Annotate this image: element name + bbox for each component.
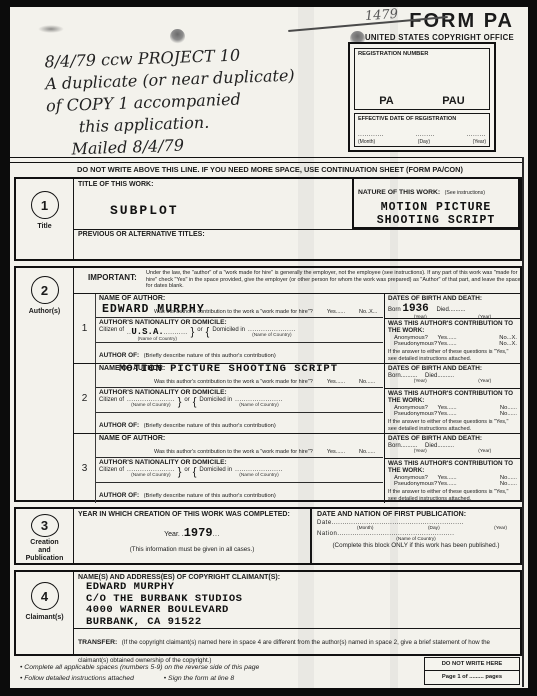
domiciled-in-label: Domiciled in xyxy=(199,397,232,403)
date-dots: ......... xyxy=(466,132,486,138)
section-2-side-label: Author(s) xyxy=(29,308,61,316)
or-label: or xyxy=(184,467,189,473)
registration-box: REGISTRATION NUMBER PA PAU EFFECTIVE DAT… xyxy=(348,42,496,152)
pseud-no: No...... xyxy=(500,481,517,487)
do-not-write-box: DO NOT WRITE HERE Page 1 of ......... pa… xyxy=(424,657,520,685)
hire-no: No..X... xyxy=(359,309,377,316)
nationality-label: AUTHOR'S NATIONALITY OR DOMICILE: xyxy=(99,319,380,326)
office-name: UNITED STATES COPYRIGHT OFFICE xyxy=(365,33,514,42)
contribution-label: WAS THIS AUTHOR'S CONTRIBUTION TO THE WO… xyxy=(388,390,517,404)
important-label: IMPORTANT: xyxy=(88,273,137,282)
nature-hint: (See instructions) xyxy=(445,190,485,196)
domiciled-in-label: Domiciled in xyxy=(199,467,232,473)
author-of-label: AUTHOR OF: xyxy=(99,352,139,359)
contribution-note: If the answer to either of these questio… xyxy=(388,419,517,432)
author-3-dates-box: DATES OF BIRTH AND DEATH: Born..........… xyxy=(385,434,520,459)
domiciled-in-label: Domiciled in xyxy=(212,327,245,333)
section-4-side-label: Claimant(s) xyxy=(25,614,63,622)
author-3-contribution-box: WAS THIS AUTHOR'S CONTRIBUTION TO THE WO… xyxy=(385,459,520,504)
day-hint: (Day) xyxy=(418,139,430,145)
pseudonymous-label: Pseudonymous? xyxy=(394,411,438,417)
year-hint: (Year) xyxy=(478,379,491,384)
author-of-hint: (Briefly describe nature of this author'… xyxy=(144,493,276,499)
author-2-contribution-box: WAS THIS AUTHOR'S CONTRIBUTION TO THE WO… xyxy=(385,389,520,434)
dates-label: DATES OF BIRTH AND DEATH: xyxy=(388,435,517,442)
year-note: (This information must be given in all c… xyxy=(78,546,306,554)
pau-label: PAU xyxy=(442,95,464,107)
nature-value-line2: SHOOTING SCRIPT xyxy=(358,214,514,227)
hire-yes: Yes...... xyxy=(327,449,345,456)
contribution-note: If the answer to either of these questio… xyxy=(388,489,517,502)
country-hint: (Name of Country) xyxy=(252,333,291,338)
year-hint: (Year) xyxy=(473,139,486,145)
section-1-title: 1 Title TITLE OF THIS WORK: SUBPLOT NATU… xyxy=(14,177,522,261)
brace: } xyxy=(178,466,182,478)
hire-no: No...... xyxy=(359,449,375,456)
brace: { xyxy=(206,326,210,338)
name-of-author-label: NAME OF AUTHOR: xyxy=(99,365,380,372)
section-3-sidebar: 3 Creation and Publication xyxy=(16,509,74,563)
author-1-citizen: U.S.A. xyxy=(131,327,163,337)
dates-label: DATES OF BIRTH AND DEATH: xyxy=(388,295,517,302)
nature-value-line1: MOTION PICTURE xyxy=(358,201,514,214)
born-label: Born xyxy=(388,307,401,313)
author-block-3: 3 NAME OF AUTHOR: Was this author's cont… xyxy=(74,433,520,503)
nationality-label: AUTHOR'S NATIONALITY OR DOMICILE: xyxy=(99,459,380,466)
pseudonymous-label: Pseudonymous? xyxy=(394,341,438,347)
bullet-icon: • xyxy=(164,675,166,682)
author-3-author-of-row: AUTHOR OF: (Briefly describe nature of t… xyxy=(96,483,383,504)
name-of-author-label: NAME OF AUTHOR: xyxy=(99,435,380,442)
claimant-line: BURBANK, CA 91522 xyxy=(86,617,516,629)
effective-date-box: EFFECTIVE DATE OF REGISTRATION .........… xyxy=(354,113,490,147)
scanned-form-pa: FORM PA UNITED STATES COPYRIGHT OFFICE 1… xyxy=(0,0,537,696)
month-hint: (Month) xyxy=(358,139,375,145)
previous-titles-row: PREVIOUS OR ALTERNATIVE TITLES: xyxy=(74,229,520,259)
publication-label: DATE AND NATION OF FIRST PUBLICATION: xyxy=(317,511,515,518)
country-hint: (Name of Country) xyxy=(131,403,170,408)
country-hint: (Name of Country) xyxy=(239,473,278,478)
paper-page: FORM PA UNITED STATES COPYRIGHT OFFICE 1… xyxy=(10,7,528,688)
publication-note: (Complete this block ONLY if this work h… xyxy=(317,542,515,550)
hire-yes: Yes...... xyxy=(327,379,345,386)
pseud-no: No...X. xyxy=(499,341,517,347)
handwritten-note: 8/4/79 ccw PROJECT 10 A duplicate (or ne… xyxy=(44,43,297,162)
contribution-note: If the answer to either of these questio… xyxy=(388,349,517,362)
author-of-label: AUTHOR OF: xyxy=(99,422,139,429)
country-hint: (Name of Country) xyxy=(131,473,170,478)
section-3-creation: 3 Creation and Publication YEAR IN WHICH… xyxy=(14,507,522,565)
brace: { xyxy=(193,396,197,408)
author-1-name-row: NAME OF AUTHOR: EDWARD MURPHY Was this a… xyxy=(96,294,383,318)
section-2-authors: 2 Author(s) IMPORTANT: Under the law, th… xyxy=(14,266,522,502)
footer-bullet-2: Follow detailed instructions attached xyxy=(24,675,134,682)
country-hint: (Name of Country) xyxy=(138,337,177,342)
claimants-label: NAME(S) AND ADDRESS(ES) OF COPYRIGHT CLA… xyxy=(78,574,516,581)
author-2-num: 2 xyxy=(74,364,95,433)
date-dots: ......... xyxy=(415,132,435,138)
claimants-area: NAME(S) AND ADDRESS(ES) OF COPYRIGHT CLA… xyxy=(74,572,520,628)
claimant-line: EDWARD MURPHY xyxy=(86,582,516,594)
side-label-line: and xyxy=(26,547,64,555)
year-prefix: Year. . xyxy=(164,531,184,538)
dates-label: DATES OF BIRTH AND DEATH: xyxy=(388,365,517,372)
footer-bullet-3: Sign the form at line 8 xyxy=(168,675,234,682)
page-count-line: Page 1 of ......... pages xyxy=(425,671,519,680)
hire-question: Was this author's contribution to the wo… xyxy=(154,449,313,456)
pa-label: PA xyxy=(379,95,393,107)
section-3-side-label: Creation and Publication xyxy=(26,539,64,563)
year-dots: ... xyxy=(213,531,220,538)
nature-of-work-box: NATURE OF THIS WORK: (See instructions) … xyxy=(352,177,520,229)
author-block-1: 1 NAME OF AUTHOR: EDWARD MURPHY Was this… xyxy=(74,293,520,363)
pseud-no: No...... xyxy=(500,411,517,417)
contribution-label: WAS THIS AUTHOR'S CONTRIBUTION TO THE WO… xyxy=(388,320,517,334)
form-title: FORM PA xyxy=(409,10,514,33)
footer-instructions: • Complete all applicable spaces (number… xyxy=(20,662,259,684)
section-1-sidebar: 1 Title xyxy=(16,179,74,259)
side-label-line: Publication xyxy=(26,555,64,563)
side-label-line: Creation xyxy=(26,539,64,547)
author-3-num: 3 xyxy=(74,434,95,503)
effective-date-label: EFFECTIVE DATE OF REGISTRATION xyxy=(358,116,486,122)
important-row: IMPORTANT: Under the law, the "author" o… xyxy=(74,268,520,293)
year-hint: (Year) xyxy=(478,449,491,454)
citizen-dots: ........... xyxy=(164,330,188,336)
section-1-side-label: Title xyxy=(37,223,51,231)
year-completed-area: YEAR IN WHICH CREATION OF THIS WORK WAS … xyxy=(74,509,312,563)
hire-question: Was this author's contribution to the wo… xyxy=(154,379,313,386)
author-1-num: 1 xyxy=(74,294,95,363)
year-hint: (Year) xyxy=(414,449,427,454)
or-label: or xyxy=(184,397,189,403)
section-2-sidebar: 2 Author(s) xyxy=(16,268,74,500)
section-3-number: 3 xyxy=(31,514,59,537)
citizen-of-label: Citizen of xyxy=(99,327,124,333)
author-1-born: 1936 xyxy=(402,303,428,315)
section-4-number: 4 xyxy=(31,582,59,610)
brace: } xyxy=(191,326,195,338)
brace: { xyxy=(193,466,197,478)
author-1-contribution-box: WAS THIS AUTHOR'S CONTRIBUTION TO THE WO… xyxy=(385,319,520,364)
hire-no: No...... xyxy=(359,379,375,386)
nature-label: NATURE OF THIS WORK: xyxy=(358,189,440,196)
author-2-dates-box: DATES OF BIRTH AND DEATH: Born..........… xyxy=(385,364,520,389)
section-1-number: 1 xyxy=(31,191,59,219)
title-row: TITLE OF THIS WORK: SUBPLOT NATURE OF TH… xyxy=(74,179,520,230)
hire-question: Was this author's contribution to the wo… xyxy=(154,309,313,316)
page-edge-line xyxy=(522,157,524,687)
citizen-of-label: Citizen of xyxy=(99,397,124,403)
important-text: Under the law, the "author" of a "work m… xyxy=(146,270,524,290)
bullet-icon: • xyxy=(20,664,22,671)
double-rule xyxy=(10,157,524,163)
title-value: SUBPLOT xyxy=(110,203,179,218)
died-label: Died.......... xyxy=(425,443,454,449)
died-label: Died.......... xyxy=(436,307,465,313)
footer-bullet-1: Complete all applicable spaces (numbers … xyxy=(24,664,259,671)
author-2-name-row: NAME OF AUTHOR: Was this author's contri… xyxy=(96,364,383,388)
author-of-hint: (Briefly describe nature of this author'… xyxy=(144,423,276,429)
citizen-of-label: Citizen of xyxy=(99,467,124,473)
name-of-author-label: NAME OF AUTHOR: xyxy=(99,295,380,302)
punch-hole xyxy=(170,29,185,44)
author-1-nationality-row: AUTHOR'S NATIONALITY OR DOMICILE: Citize… xyxy=(96,318,383,343)
author-3-name-row: NAME OF AUTHOR: Was this author's contri… xyxy=(96,434,383,458)
author-block-2: 2 NAME OF AUTHOR: Was this author's cont… xyxy=(74,363,520,433)
year-completed-label: YEAR IN WHICH CREATION OF THIS WORK WAS … xyxy=(78,511,306,518)
do-not-write-label: DO NOT WRITE HERE xyxy=(425,658,519,671)
contribution-label: WAS THIS AUTHOR'S CONTRIBUTION TO THE WO… xyxy=(388,460,517,474)
author-2-nationality-row: AUTHOR'S NATIONALITY OR DOMICILE: Citize… xyxy=(96,388,383,413)
registration-number-label: REGISTRATION NUMBER xyxy=(358,51,486,57)
year-hint: (Year) xyxy=(494,526,507,531)
pseud-yes: Yes...... xyxy=(438,411,457,417)
year-hint: (Year) xyxy=(414,379,427,384)
section-2-number: 2 xyxy=(31,276,59,304)
registration-number-box: REGISTRATION NUMBER PA PAU xyxy=(354,48,490,110)
nationality-label: AUTHOR'S NATIONALITY OR DOMICILE: xyxy=(99,389,380,396)
author-1-author-of-row: AUTHOR OF: (Briefly describe nature of t… xyxy=(96,343,383,364)
died-label: Died.......... xyxy=(425,373,454,379)
year-value: 1979 xyxy=(184,526,213,540)
country-hint: (Name of Country) xyxy=(239,403,278,408)
pseudonymous-label: Pseudonymous? xyxy=(394,481,438,487)
first-publication-area: DATE AND NATION OF FIRST PUBLICATION: Da… xyxy=(312,509,520,563)
author-2-author-of-row: AUTHOR OF: (Briefly describe nature of t… xyxy=(96,413,383,434)
date-dots: ............ xyxy=(358,132,384,138)
or-label: or xyxy=(197,327,202,333)
author-1-dates-box: DATES OF BIRTH AND DEATH: Born 1936 Died… xyxy=(385,294,520,319)
author-of-hint: (Briefly describe nature of this author'… xyxy=(144,353,276,359)
author-of-label: AUTHOR OF: xyxy=(99,492,139,499)
transfer-area: TRANSFER: (If the copyright claimant(s) … xyxy=(74,628,520,654)
previous-titles-label: PREVIOUS OR ALTERNATIVE TITLES: xyxy=(78,231,205,238)
author-3-nationality-row: AUTHOR'S NATIONALITY OR DOMICILE: Citize… xyxy=(96,458,383,483)
scan-smudge xyxy=(38,25,64,33)
claimant-line: 4000 WARNER BOULEVARD xyxy=(86,605,516,617)
section-4-sidebar: 4 Claimant(s) xyxy=(16,572,74,654)
transfer-label: TRANSFER: xyxy=(78,639,117,646)
pseud-yes: Yes...... xyxy=(438,341,457,347)
do-not-write-notice: DO NOT WRITE ABOVE THIS LINE. IF YOU NEE… xyxy=(40,165,500,174)
pseud-yes: Yes...... xyxy=(438,481,457,487)
hire-yes: Yes...... xyxy=(327,309,345,316)
authors-grid: 1 NAME OF AUTHOR: EDWARD MURPHY Was this… xyxy=(74,293,520,500)
bullet-icon: • xyxy=(20,675,22,682)
brace: } xyxy=(178,396,182,408)
section-4-claimants: 4 Claimant(s) NAME(S) AND ADDRESS(ES) OF… xyxy=(14,570,522,656)
title-of-work-label: TITLE OF THIS WORK: xyxy=(78,181,153,188)
